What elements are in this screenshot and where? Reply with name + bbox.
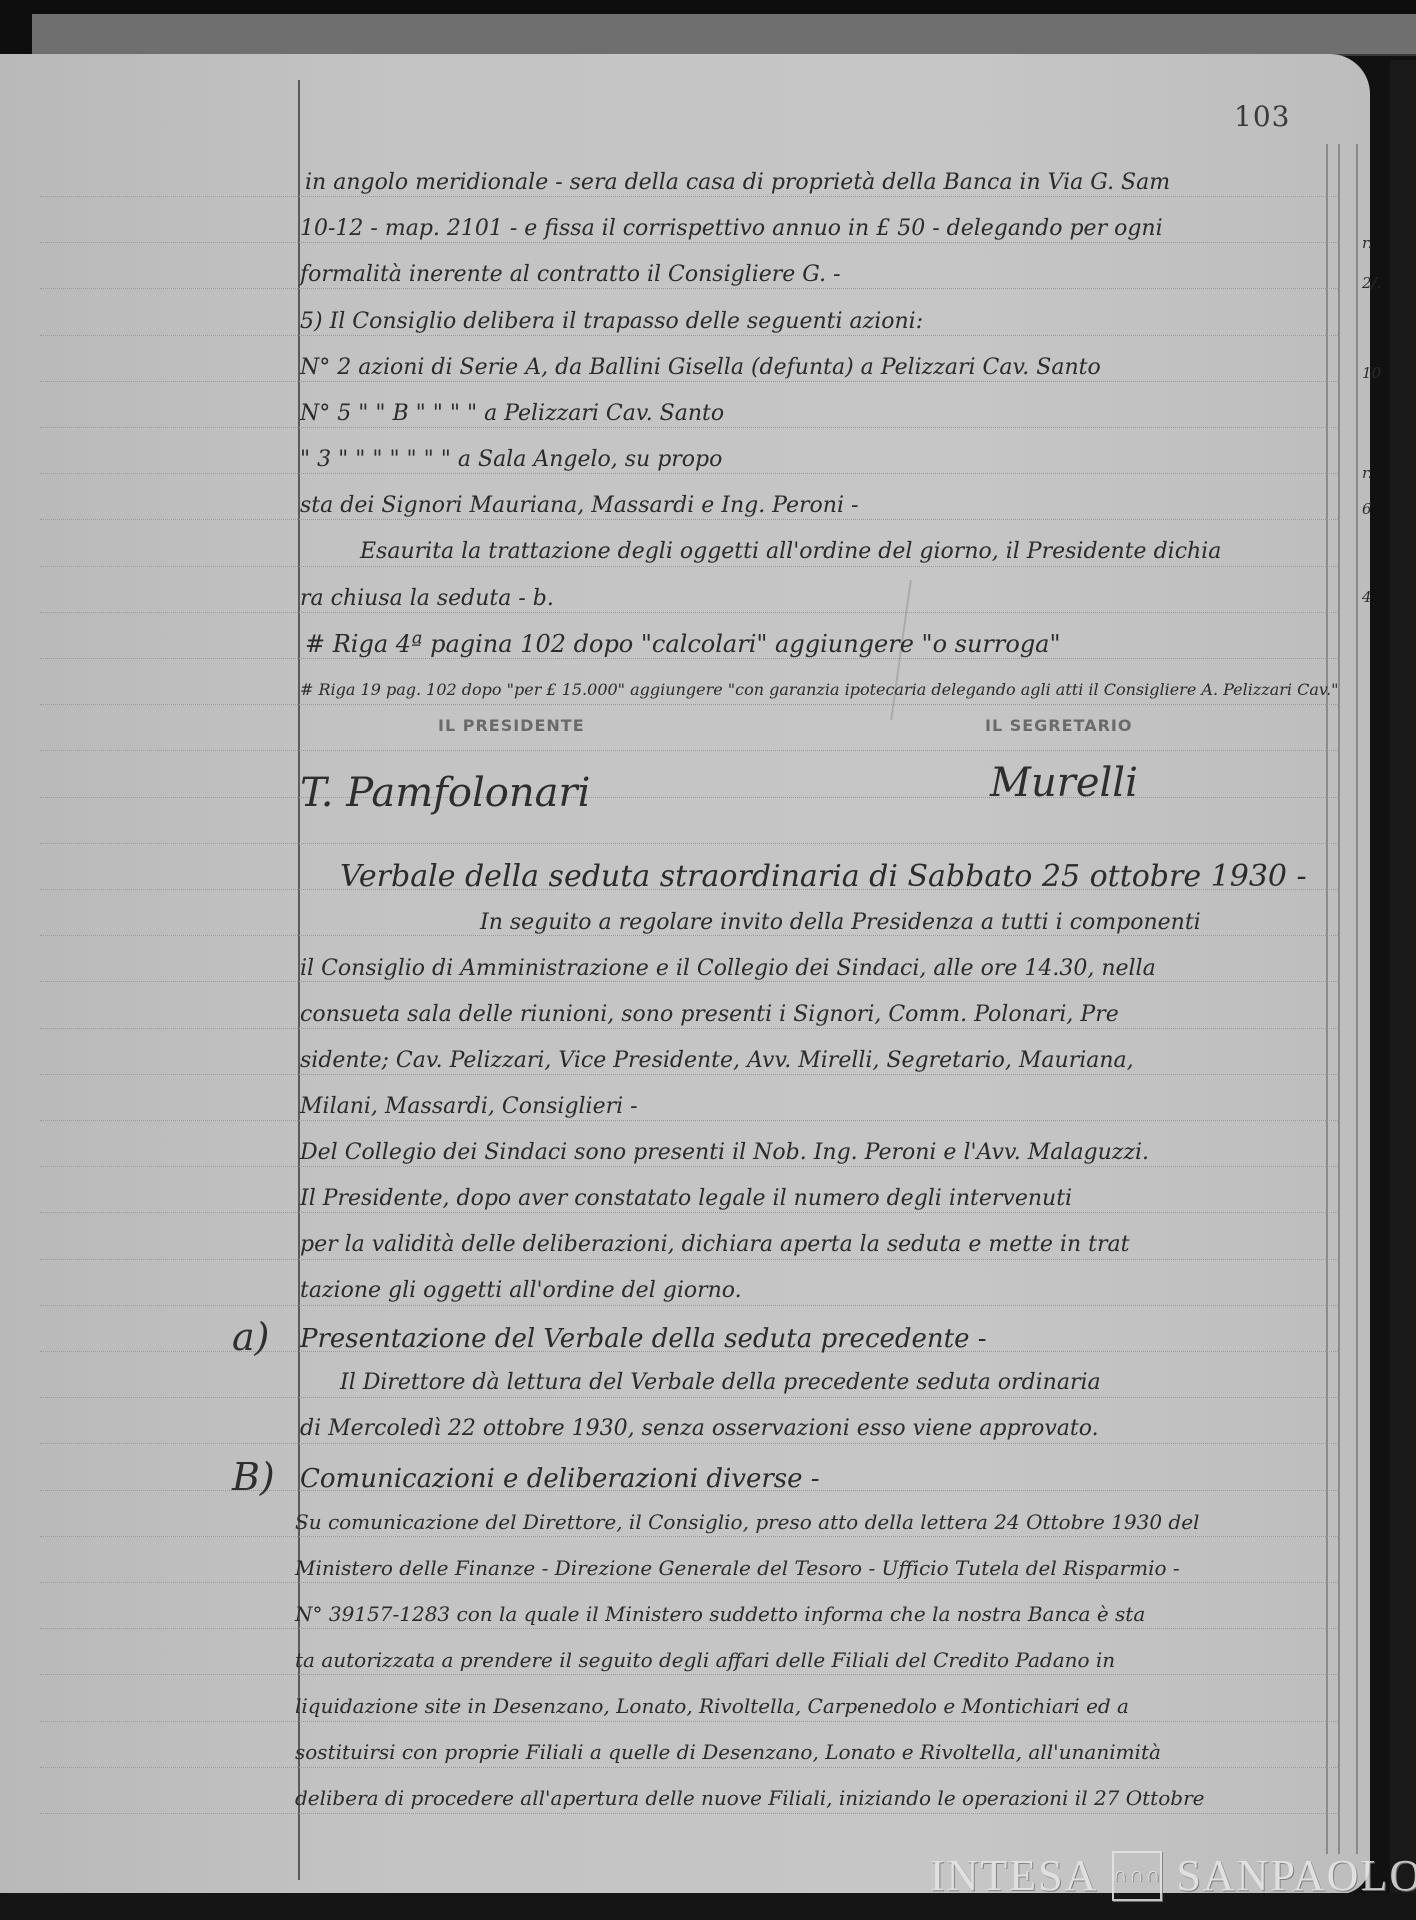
text-line: Del Collegio dei Sindaci sono presenti i… xyxy=(300,1142,1149,1164)
text-line: sostituirsi con proprie Filiali a quelle… xyxy=(295,1742,1161,1762)
text-line: sidente; Cav. Pelizzari, Vice Presidente… xyxy=(300,1050,1134,1072)
ruled-line xyxy=(40,1813,1340,1814)
ruled-line xyxy=(40,1028,1340,1029)
text-line: delibera di procedere all'apertura delle… xyxy=(295,1788,1204,1808)
president-label: IL PRESIDENTE xyxy=(438,716,585,735)
ruled-line xyxy=(40,658,1340,659)
page-number: 103 xyxy=(1234,100,1290,133)
minutes-title: Verbale della seduta straordinaria di Sa… xyxy=(340,862,1307,892)
text-line: liquidazione site in Desenzano, Lonato, … xyxy=(295,1696,1129,1716)
text-line: 10-12 - map. 2101 - e fissa il corrispet… xyxy=(300,218,1163,240)
ruled-line xyxy=(40,335,1340,336)
ruled-line xyxy=(40,288,1340,289)
text-line: Su comunicazione del Direttore, il Consi… xyxy=(295,1512,1199,1532)
binding-note: 6 xyxy=(1362,502,1372,517)
intesa-arch-logo-icon: ∩∩∩ xyxy=(1112,1851,1162,1901)
section-marker-a: a) xyxy=(232,1318,269,1356)
ruled-line xyxy=(40,1397,1340,1398)
watermark-left: INTESA xyxy=(930,1850,1098,1901)
ruled-line xyxy=(40,242,1340,243)
president-signature: T. Pamfolonari xyxy=(300,770,590,816)
binding-line xyxy=(1356,144,1358,1854)
text-line: di Mercoledì 22 ottobre 1930, senza osse… xyxy=(300,1418,1099,1440)
binding-note: 10 xyxy=(1362,366,1381,381)
secretary-signature: Murelli xyxy=(990,760,1138,806)
ruled-line xyxy=(40,750,1340,751)
ruled-line xyxy=(40,566,1340,567)
binding-note: r. xyxy=(1362,236,1372,251)
binding-line xyxy=(1326,144,1328,1854)
text-line: In seguito a regolare invito della Presi… xyxy=(480,912,1201,934)
ruled-line xyxy=(40,1305,1340,1306)
correction-note: # Riga 19 pag. 102 dopo "per £ 15.000" a… xyxy=(300,682,1338,698)
text-line: Esaurita la trattazione degli oggetti al… xyxy=(360,541,1221,563)
ruled-line xyxy=(40,797,1340,798)
text-line: ra chiusa la seduta - b. xyxy=(300,588,554,610)
ruled-line xyxy=(40,704,1340,705)
ruled-line xyxy=(40,1212,1340,1213)
share-transfer-line: N° 2 azioni di Serie A, da Ballini Gisel… xyxy=(300,357,1101,379)
section-heading: Presentazione del Verbale della seduta p… xyxy=(300,1326,987,1352)
share-transfer-line: " 3 " " " " " " " a Sala Angelo, su prop… xyxy=(300,449,722,471)
ruled-line xyxy=(40,612,1340,613)
book-spine-shadow xyxy=(1390,60,1416,1920)
ruled-line xyxy=(40,1628,1340,1629)
text-line: per la validità delle deliberazioni, dic… xyxy=(300,1234,1129,1256)
ruled-line xyxy=(40,473,1340,474)
section-heading: Comunicazioni e deliberazioni diverse - xyxy=(300,1466,820,1492)
ruled-line xyxy=(40,981,1340,982)
text-line: in angolo meridionale - sera della casa … xyxy=(305,172,1170,194)
resolution-item-5: 5) Il Consiglio delibera il trapasso del… xyxy=(300,311,923,333)
ruled-line xyxy=(40,1767,1340,1768)
ruled-line xyxy=(40,196,1340,197)
ruled-line xyxy=(40,381,1340,382)
text-line: Milani, Massardi, Consiglieri - xyxy=(300,1096,638,1118)
ruled-line xyxy=(40,1074,1340,1075)
binding-note: 2/. xyxy=(1362,276,1381,291)
text-line: il Consiglio di Amministrazione e il Col… xyxy=(300,958,1156,980)
section-marker-b: B) xyxy=(232,1458,275,1496)
text-line: Il Presidente, dopo aver constatato lega… xyxy=(300,1188,1072,1210)
correction-note: # Riga 4ª pagina 102 dopo "calcolari" ag… xyxy=(305,632,1061,656)
watermark-right: SANPAOLO xyxy=(1176,1850,1416,1901)
ruled-line xyxy=(40,1166,1340,1167)
ruled-line xyxy=(40,1582,1340,1583)
text-line: Ministero delle Finanze - Direzione Gene… xyxy=(295,1558,1180,1578)
book-cover-flap xyxy=(32,14,1416,56)
text-line: sta dei Signori Mauriana, Massardi e Ing… xyxy=(300,495,858,517)
text-line: ta autorizzata a prendere il seguito deg… xyxy=(295,1650,1115,1670)
secretary-label: IL SEGRETARIO xyxy=(985,716,1132,735)
ruled-line xyxy=(40,427,1340,428)
ruled-line xyxy=(40,843,1340,844)
text-line: Il Direttore dà lettura del Verbale dell… xyxy=(340,1372,1101,1394)
text-line: N° 39157-1283 con la quale il Ministero … xyxy=(295,1604,1145,1624)
binding-line xyxy=(1338,144,1340,1854)
ruled-line xyxy=(40,1443,1340,1444)
text-line: consueta sala delle riunioni, sono prese… xyxy=(300,1004,1119,1026)
intesa-sanpaolo-watermark: INTESA ∩∩∩ SANPAOLO xyxy=(930,1850,1416,1901)
ruled-line xyxy=(40,1674,1340,1675)
share-transfer-line: N° 5 " " B " " " " a Pelizzari Cav. Sant… xyxy=(300,403,724,425)
ruled-line xyxy=(40,1536,1340,1537)
ruled-line xyxy=(40,1259,1340,1260)
binding-note: r. xyxy=(1362,466,1372,481)
ruled-line xyxy=(40,1721,1340,1722)
ruled-line xyxy=(40,1120,1340,1121)
ruled-line xyxy=(40,935,1340,936)
text-line: tazione gli oggetti all'ordine del giorn… xyxy=(300,1280,742,1302)
ruled-line xyxy=(40,519,1340,520)
text-line: formalità inerente al contratto il Consi… xyxy=(300,264,841,286)
binding-note: 4 xyxy=(1362,590,1372,605)
